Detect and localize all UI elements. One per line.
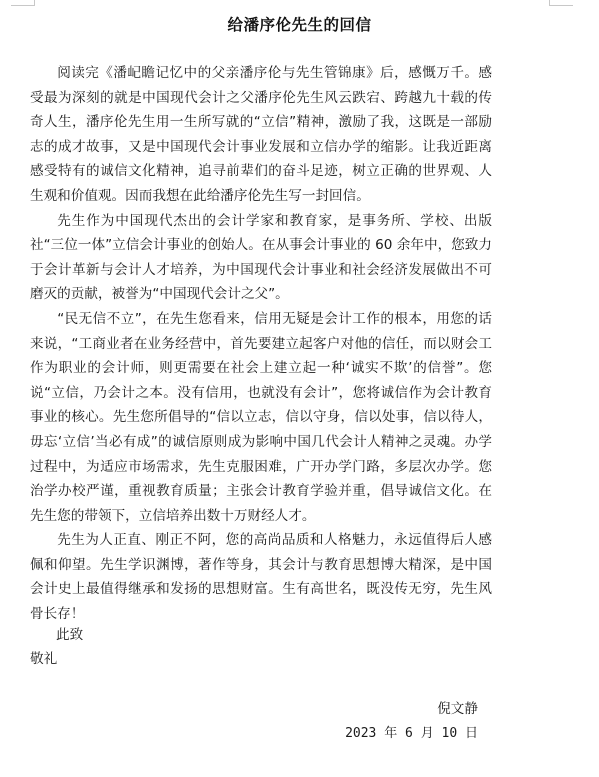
crop-mark-top-left [11,0,35,6]
closing-jing-li: 敬礼 [30,647,57,667]
signature-name: 倪文静 [437,697,478,717]
paragraph-3: “民无信不立”，在先生您看来，信用无疑是会计工作的根本，用您的话来说，“工商业者… [30,307,492,528]
document-title: 给潘序伦先生的回信 [0,13,599,35]
crop-mark-top-right [549,0,573,6]
paragraph-1: 阅读完《潘屺瞻记忆中的父亲潘序伦与先生管锦康》后，感慨万千。感受最为深刻的就是中… [30,61,492,209]
paragraph-4: 先生为人正直、刚正不阿，您的高尚品质和人格魅力，永远值得后人感佩和仰望。先生学识… [30,528,492,626]
paragraph-2: 先生作为中国现代杰出的会计学家和教育家，是事务所、学校、出版社“三位一体”立信会… [30,209,492,307]
letter-body: 阅读完《潘屺瞻记忆中的父亲潘序伦与先生管锦康》后，感慨万千。感受最为深刻的就是中… [30,61,492,627]
signature-date: 2023 年 6 月 10 日 [345,722,478,741]
document-page: 给潘序伦先生的回信 阅读完《潘屺瞻记忆中的父亲潘序伦与先生管锦康》后，感慨万千。… [0,0,599,777]
closing-ci-zhi: 此致 [56,623,83,643]
